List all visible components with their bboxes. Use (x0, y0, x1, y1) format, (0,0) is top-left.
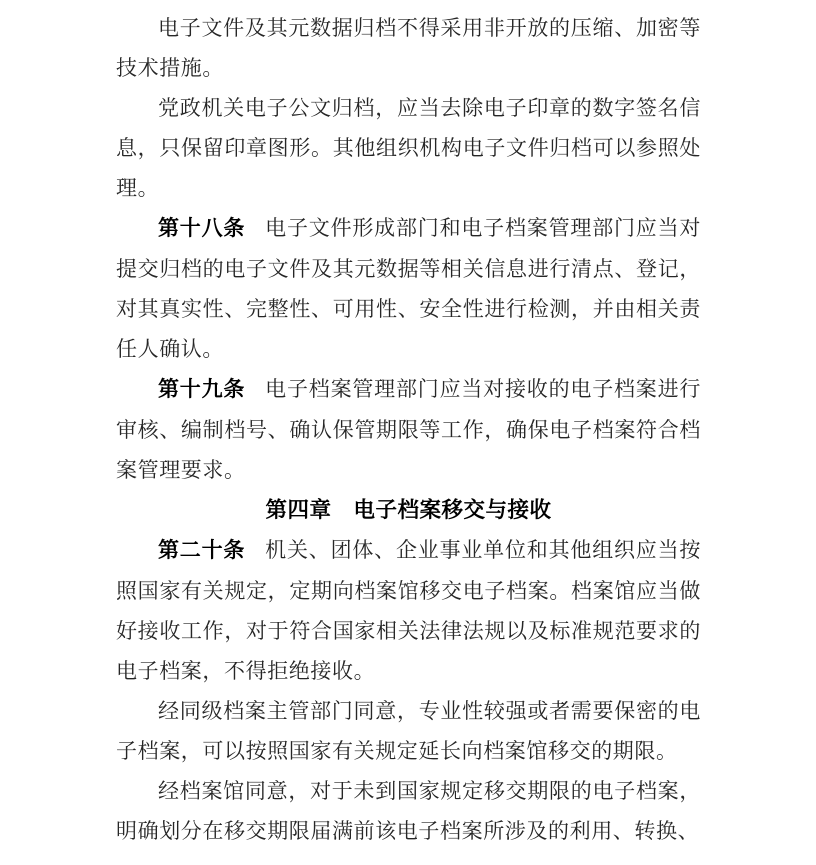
article-number: 第十八条 (158, 217, 245, 240)
paragraph-text: 经同级档案主管部门同意，专业性较强或者需要保密的电子档案，可以按照国家有关规定延… (116, 699, 701, 763)
article-number: 第十九条 (158, 378, 245, 401)
paragraph: 电子文件及其元数据归档不得采用非开放的压缩、加密等技术措施。 (116, 8, 701, 88)
paragraph-text: 电子文件及其元数据归档不得采用非开放的压缩、加密等技术措施。 (116, 16, 701, 80)
paragraph-article-19: 第十九条电子档案管理部门应当对接收的电子档案进行审核、编制档号、确认保管期限等工… (116, 369, 701, 490)
paragraph: 党政机关电子公文归档，应当去除电子印章的数字签名信息，只保留印章图形。其他组织机… (116, 88, 701, 208)
document-page: 电子文件及其元数据归档不得采用非开放的压缩、加密等技术措施。 党政机关电子公文归… (0, 0, 816, 865)
document-body: 电子文件及其元数据归档不得采用非开放的压缩、加密等技术措施。 党政机关电子公文归… (116, 8, 701, 851)
paragraph-text: 经档案馆同意，对于未到国家规定移交期限的电子档案，明确划分在移交期限届满前该电子… (116, 779, 701, 843)
paragraph: 经同级档案主管部门同意，专业性较强或者需要保密的电子档案，可以按照国家有关规定延… (116, 691, 701, 771)
paragraph-article-20: 第二十条机关、团体、企业事业单位和其他组织应当按照国家有关规定，定期向档案馆移交… (116, 530, 701, 691)
chapter-heading: 第四章 电子档案移交与接收 (116, 490, 701, 530)
article-number: 第二十条 (158, 539, 245, 562)
paragraph-article-18: 第十八条电子文件形成部门和电子档案管理部门应当对提交归档的电子文件及其元数据等相… (116, 208, 701, 369)
paragraph: 经档案馆同意，对于未到国家规定移交期限的电子档案，明确划分在移交期限届满前该电子… (116, 771, 701, 851)
paragraph-text: 党政机关电子公文归档，应当去除电子印章的数字签名信息，只保留印章图形。其他组织机… (116, 96, 701, 200)
